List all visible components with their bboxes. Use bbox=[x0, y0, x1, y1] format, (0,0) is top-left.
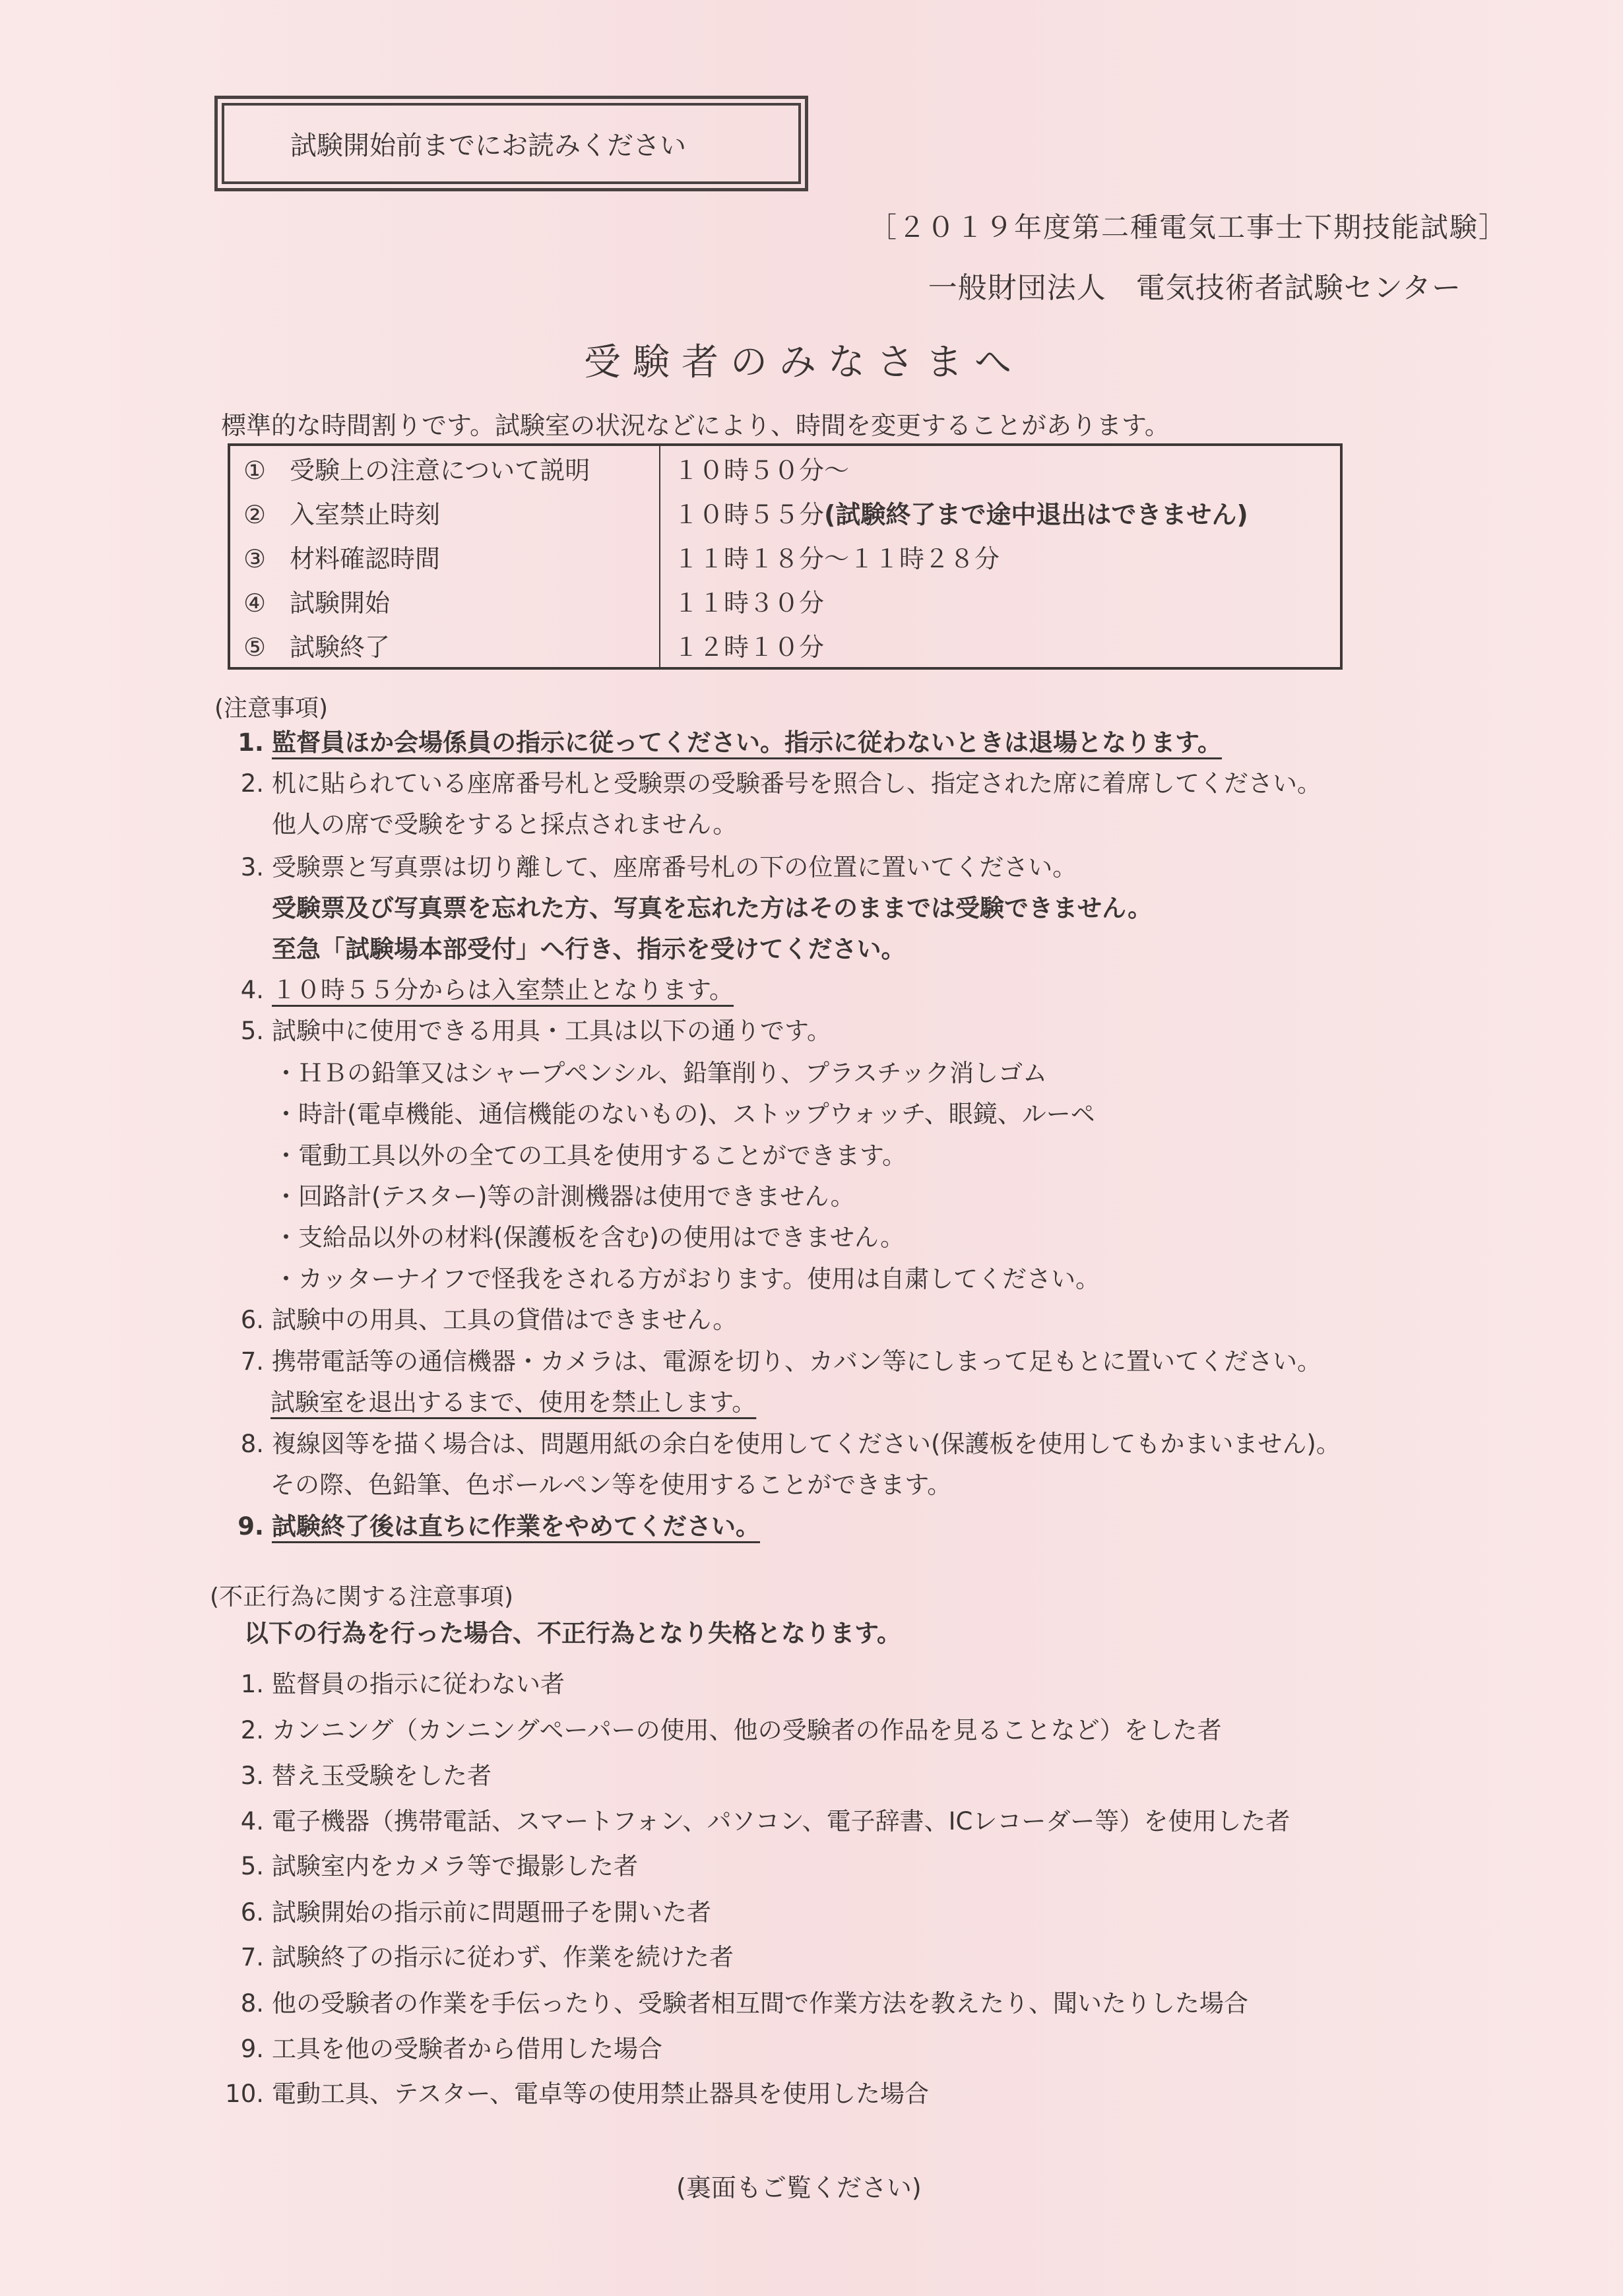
row-number: ③ bbox=[243, 544, 290, 573]
tool-bullet: ・ＨＢの鉛筆又はシャープペンシル、鉛筆削り、プラスチック消しゴム bbox=[274, 1061, 1047, 1085]
footer-note: (裏面もご覧ください) bbox=[676, 2167, 922, 2204]
row-label: 受験上の注意について説明 bbox=[290, 456, 590, 485]
schedule-row: ④試験開始 １１時３０分 bbox=[229, 579, 1341, 623]
note-item-9: 9.試験終了後は直ちに作業をやめてください。 bbox=[218, 1514, 760, 1539]
tool-bullet: ・電動工具以外の全ての工具を使用することができます。 bbox=[274, 1143, 907, 1168]
schedule-row: ③材料確認時間 １１時１８分～１１時２８分 bbox=[229, 534, 1341, 579]
note-item-3-cont2: 至急「試験場本部受付」へ行き、指示を受けてください。 bbox=[272, 937, 906, 961]
misconduct-item: 6.試験開始の指示前に問題冊子を開いた者 bbox=[218, 1900, 711, 1925]
note-item-7: 7.携帯電話等の通信機器・カメラは、電源を切り、カバン等にしまって足もとに置いて… bbox=[218, 1349, 1321, 1374]
row-time: １０時５０分～ bbox=[674, 456, 849, 485]
row-number: ④ bbox=[243, 589, 290, 618]
misconduct-item: 1.監督員の指示に従わない者 bbox=[218, 1672, 565, 1696]
misconduct-heading: (不正行為に関する注意事項) bbox=[210, 1578, 513, 1612]
row-number: ⑤ bbox=[243, 633, 290, 662]
misconduct-item: 8.他の受験者の作業を手伝ったり、受験者相互間で作業方法を教えたり、聞いたりした… bbox=[218, 1991, 1248, 2016]
note-item-5: 5.試験中に使用できる用具・工具は以下の通りです。 bbox=[218, 1019, 831, 1043]
note-item-1: 1.監督員ほか会場係員の指示に従ってください。指示に従わないときは退場となります… bbox=[218, 730, 1222, 755]
note-item-6: 6.試験中の用具、工具の貸借はできません。 bbox=[218, 1308, 737, 1332]
exam-name: ［２０１９年度第二種電気工事士下期技能試験］ bbox=[869, 206, 1508, 245]
tool-bullet: ・回路計(テスター)等の計測機器は使用できません。 bbox=[274, 1184, 855, 1209]
notice-box: 試験開始前までにお読みください bbox=[214, 96, 808, 191]
tool-bullet: ・時計(電卓機能、通信機能のないもの)、ストップウォッチ、眼鏡、ルーペ bbox=[274, 1102, 1095, 1126]
note-item-8: 8.複線図等を描く場合は、問題用紙の余白を使用してください(保護板を使用してもか… bbox=[218, 1432, 1341, 1456]
misconduct-item: 3.替え玉受験をした者 bbox=[218, 1764, 492, 1788]
note-item-3: 3.受験票と写真票は切り離して、座席番号札の下の位置に置いてください。 bbox=[218, 855, 1077, 879]
note-item-2: 2.机に貼られている座席番号札と受験票の受験番号を照合し、指定された席に着席して… bbox=[218, 771, 1321, 796]
row-time: １１時１８分～１１時２８分 bbox=[674, 544, 1000, 573]
organization: 一般財団法人 電気技術者試験センター bbox=[928, 264, 1461, 306]
row-label: 入室禁止時刻 bbox=[290, 500, 440, 529]
schedule-intro: 標準的な時間割りです。試験室の状況などにより、時間を変更することがあります。 bbox=[221, 405, 1170, 441]
misconduct-item: 9.工具を他の受験者から借用した場合 bbox=[218, 2037, 662, 2061]
row-number: ① bbox=[243, 456, 290, 485]
misconduct-item: 4.電子機器（携帯電話、スマートフォン、パソコン、電子辞書、ICレコーダー等）を… bbox=[218, 1809, 1290, 1834]
note-item-8-cont: その際、色鉛筆、色ボールペン等を使用することができます。 bbox=[270, 1473, 951, 1497]
schedule-table: ①受験上の注意について説明 １０時５０分～ ②入室禁止時刻 １０時５５分(試験終… bbox=[228, 443, 1343, 670]
misconduct-intro: 以下の行為を行った場合、不正行為となり失格となります。 bbox=[244, 1621, 901, 1645]
row-time: １２時１０分 bbox=[674, 633, 824, 662]
row-time: １１時３０分 bbox=[674, 589, 824, 618]
misconduct-item: 10.電動工具、テスター、電卓等の使用禁止器具を使用した場合 bbox=[218, 2082, 929, 2106]
misconduct-item: 2.カンニング（カンニングペーパーの使用、他の受験者の作品を見ることなど）をした… bbox=[218, 1718, 1222, 1742]
note-item-2-cont: 他人の席で受験をすると採点されません。 bbox=[272, 812, 737, 837]
note-item-7-cont: 試験室を退出するまで、使用を禁止します。 bbox=[270, 1390, 756, 1415]
note-item-3-cont: 受験票及び写真票を忘れた方、写真を忘れた方はそのままでは受験できません。 bbox=[272, 896, 1152, 920]
row-label: 試験開始 bbox=[290, 589, 390, 618]
tool-bullet: ・支給品以外の材料(保護板を含む)の使用はできません。 bbox=[274, 1225, 905, 1250]
notice-text: 試験開始前までにお読みください bbox=[222, 103, 801, 184]
row-number: ② bbox=[243, 500, 290, 529]
schedule-row: ②入室禁止時刻 １０時５５分(試験終了まで途中退出はできません) bbox=[229, 490, 1341, 534]
row-note: (試験終了まで途中退出はできません) bbox=[824, 500, 1248, 529]
row-time: １０時５５分 bbox=[674, 500, 824, 529]
tool-bullet: ・カッターナイフで怪我をされる方がおります。使用は自粛してください。 bbox=[274, 1267, 1100, 1291]
schedule-row: ①受験上の注意について説明 １０時５０分～ bbox=[229, 445, 1341, 490]
misconduct-item: 5.試験室内をカメラ等で撮影した者 bbox=[218, 1854, 638, 1878]
note-item-4: 4.１０時５５分からは入室禁止となります。 bbox=[218, 978, 734, 1002]
notes-heading: (注意事項) bbox=[214, 689, 328, 723]
page-title: 受験者のみなさまへ bbox=[584, 333, 1023, 386]
row-label: 試験終了 bbox=[290, 633, 390, 662]
schedule-row: ⑤試験終了 １２時１０分 bbox=[229, 623, 1341, 668]
misconduct-item: 7.試験終了の指示に従わず、作業を続けた者 bbox=[218, 1945, 734, 1969]
row-label: 材料確認時間 bbox=[290, 544, 440, 573]
